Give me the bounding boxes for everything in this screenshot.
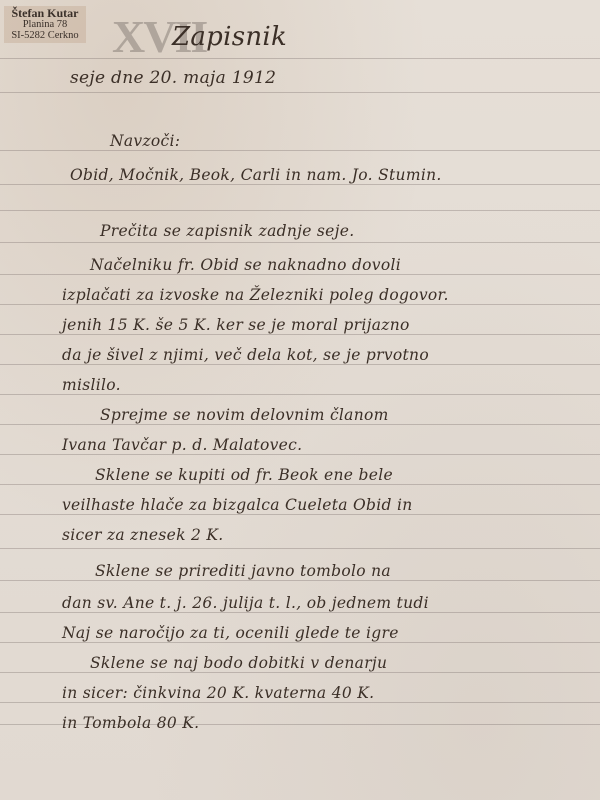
handwritten-line: in Tombola 80 K. — [62, 714, 199, 732]
document-title: Zapisnik — [172, 22, 287, 52]
handwritten-line: Ivana Tavčar p. d. Malatovec. — [62, 436, 302, 454]
handwritten-line: Sklene se naj bodo dobitki v denarju — [90, 654, 387, 672]
handwritten-line: Navzoči: — [110, 132, 180, 150]
handwritten-line: Sklene se prirediti javno tombolo na — [95, 562, 391, 580]
handwritten-line: in sicer: činkvina 20 K. kvaterna 40 K. — [62, 684, 374, 702]
handwritten-line: da je šivel z njimi, več dela kot, se je… — [62, 346, 429, 364]
handwritten-line: dan sv. Ane t. j. 26. julija t. l., ob j… — [62, 594, 429, 612]
handwritten-line: Naj se naročijo za ti, ocenili glede te … — [62, 624, 399, 642]
handwritten-line: mislilo. — [62, 376, 121, 394]
ruled-lines — [0, 0, 600, 800]
stamp-name: Štefan Kutar — [4, 8, 86, 19]
handwritten-line: Sklene se kupiti od fr. Beok ene bele — [95, 466, 393, 484]
date-line: seje dne 20. maja 1912 — [70, 68, 276, 88]
handwritten-line: Obid, Močnik, Beok, Carli in nam. Jo. St… — [70, 166, 442, 184]
handwritten-line: Načelniku fr. Obid se naknadno dovoli — [90, 256, 401, 274]
stamp-address: Planina 78 — [4, 19, 86, 30]
handwritten-line: veilhaste hlače za bizgalca Cueleta Obid… — [62, 496, 412, 514]
handwritten-line: jenih 15 K. še 5 K. ker se je moral prij… — [62, 316, 410, 334]
handwritten-line: sicer za znesek 2 K. — [62, 526, 224, 544]
handwritten-line: izplačati za izvoske na Železniki poleg … — [62, 286, 449, 304]
stamp-postal: SI-5282 Cerkno — [4, 30, 86, 41]
archive-stamp: Štefan Kutar Planina 78 SI-5282 Cerkno — [4, 6, 86, 43]
handwritten-line: Prečita se zapisnik zadnje seje. — [100, 222, 354, 240]
handwritten-line: Sprejme se novim delovnim članom — [100, 406, 389, 424]
